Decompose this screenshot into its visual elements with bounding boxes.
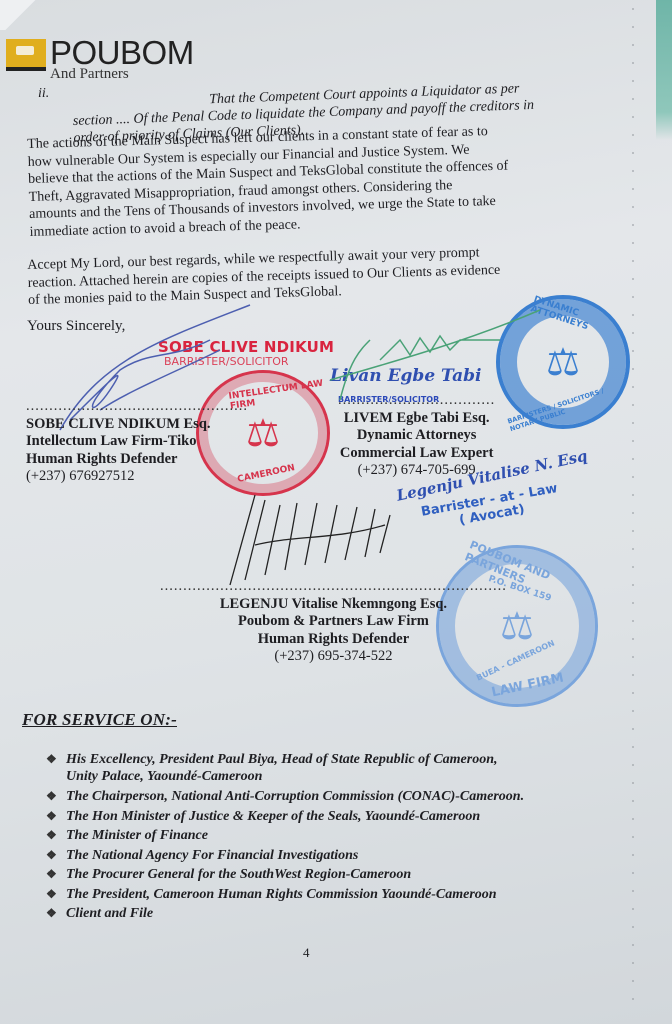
paragraph-actions: The actions of the Main Suspect has left… (27, 123, 510, 241)
signature-line: ........................................… (26, 398, 248, 416)
diamond-bullet-icon: ❖ (46, 807, 57, 827)
service-item-text: The President, Cameroon Human Rights Com… (66, 887, 497, 902)
signatory-phone: (+237) 676927512 (26, 468, 248, 486)
signatory-title: Human Rights Defender (160, 631, 507, 649)
service-item: ❖ The Chairperson, National Anti-Corrupt… (46, 787, 524, 807)
service-item: ❖ The Hon Minister of Justice & Keeper o… (46, 807, 524, 827)
logo-name: POUBOM (50, 36, 194, 69)
diamond-bullet-icon: ❖ (46, 826, 57, 846)
diamond-bullet-icon: ❖ (46, 904, 57, 924)
signatory-name: SOBE CLIVE NDIKUM Esq. (26, 416, 248, 434)
signatory-block-sobe: ........................................… (26, 398, 248, 486)
gavel-logo-icon (6, 39, 46, 71)
service-list: ❖ His Excellency, President Paul Biya, H… (46, 751, 524, 924)
margin-dotted-line (632, 0, 634, 1000)
service-item: ❖ The Procurer General for the SouthWest… (46, 865, 524, 885)
service-item-text: The National Agency For Financial Invest… (66, 848, 358, 863)
scales-of-justice-icon: ⚖ (546, 340, 580, 384)
service-item-text: The Chairperson, National Anti-Corruptio… (66, 789, 524, 804)
signatory-title: Human Rights Defender (26, 451, 248, 469)
signatory-phone: (+237) 695-374-522 (160, 648, 507, 666)
signatory-block-legenju: ........................................… (160, 578, 507, 666)
signature-line: .................................. (338, 392, 495, 410)
stamp-ring-text: LAW FIRM (490, 671, 565, 701)
item-number: ii. (38, 85, 49, 102)
service-item: ❖ The President, Cameroon Human Rights C… (46, 885, 524, 905)
service-item-text: His Excellency, President Paul Biya, Hea… (66, 751, 524, 768)
signatory-phone: (+237) 674-705-699 (338, 462, 495, 480)
diamond-bullet-icon: ❖ (46, 846, 57, 866)
service-item-text: The Minister of Finance (66, 828, 208, 843)
service-item-text: The Hon Minister of Justice & Keeper of … (66, 809, 480, 824)
diamond-bullet-icon: ❖ (46, 885, 57, 905)
service-item: ❖ His Excellency, President Paul Biya, H… (46, 751, 524, 785)
service-item: ❖ The Minister of Finance (46, 826, 524, 846)
service-heading: FOR SERVICE ON:- (22, 710, 177, 730)
page-corner-fold (0, 0, 40, 30)
signatory-name: LEGENJU Vitalise Nkemngong Esq. (160, 596, 507, 614)
service-item: ❖ Client and File (46, 904, 524, 924)
service-item: ❖ The National Agency For Financial Inve… (46, 846, 524, 866)
signatory-title: Commercial Law Expert (338, 445, 495, 463)
service-item-text: Client and File (66, 906, 153, 921)
diamond-bullet-icon: ❖ (46, 787, 57, 807)
service-item-text: Unity Palace, Yaoundé-Cameroon (66, 768, 524, 785)
document-page: POUBOM And Partners ii. That the Compete… (0, 0, 672, 1024)
diamond-bullet-icon: ❖ (46, 865, 57, 885)
page-number: 4 (303, 945, 310, 961)
signatory-firm: Dynamic Attorneys (338, 427, 495, 445)
letterhead-logo: POUBOM And Partners (6, 36, 194, 82)
signatory-name: LIVEM Egbe Tabi Esq. (338, 410, 495, 428)
background-teal-edge (656, 0, 672, 140)
signature-line: ........................................… (160, 578, 507, 596)
service-item-text: The Procurer General for the SouthWest R… (66, 867, 411, 882)
signatory-firm: Intellectum Law Firm-Tiko (26, 433, 248, 451)
diamond-bullet-icon: ❖ (46, 751, 57, 768)
signatory-block-livem: .................................. LIVEM… (338, 392, 495, 480)
signatory-firm: Poubom & Partners Law Firm (160, 613, 507, 631)
